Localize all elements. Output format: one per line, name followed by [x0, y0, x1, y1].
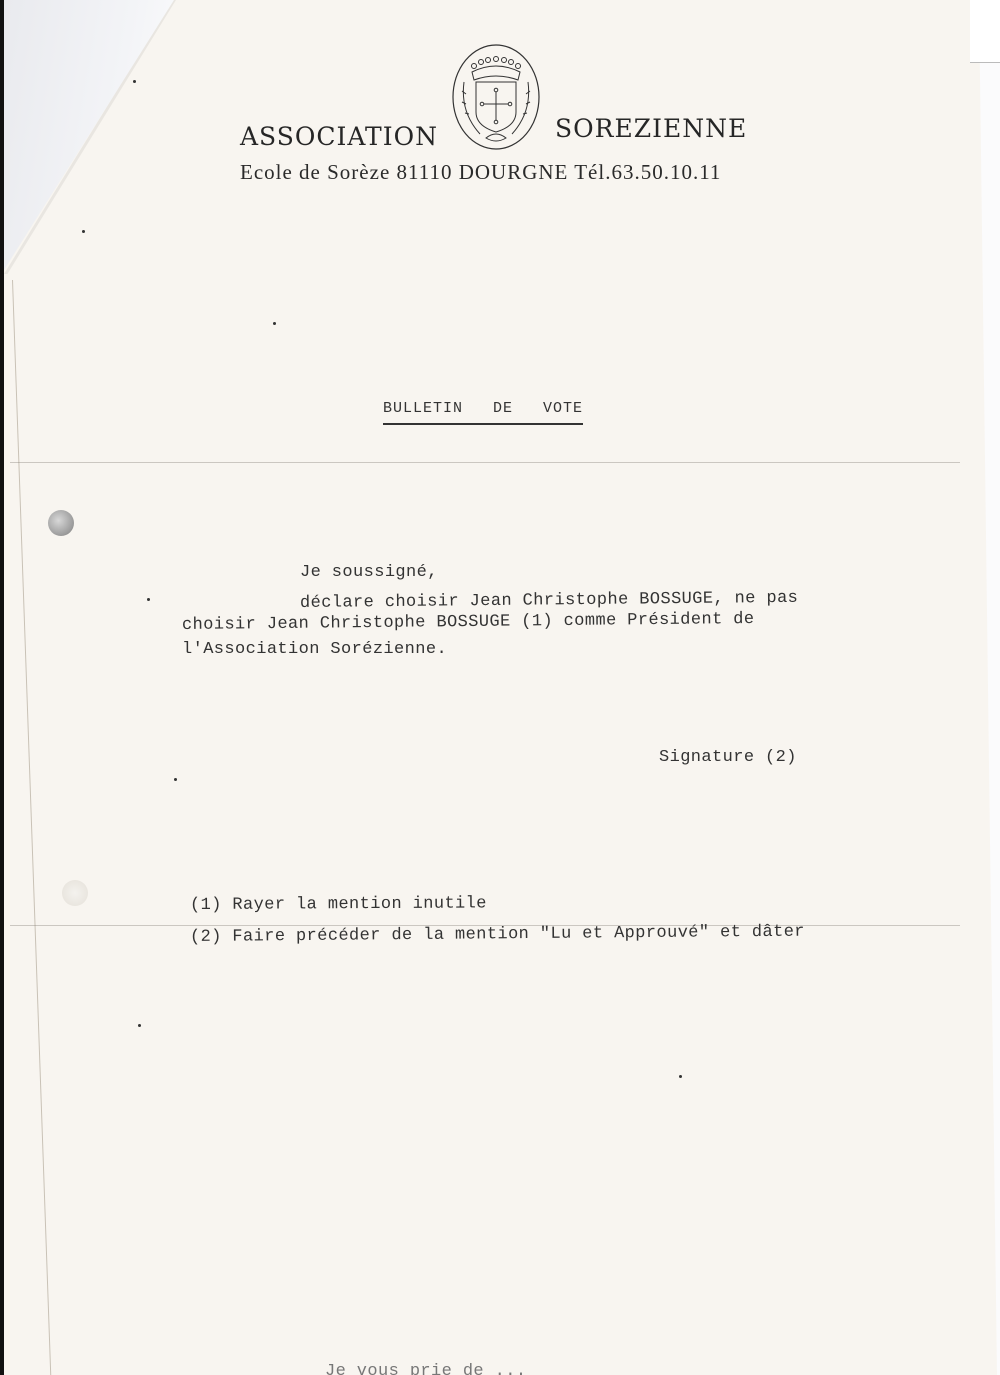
speck — [273, 322, 276, 325]
greeting: Je soussigné, — [300, 563, 438, 582]
association-name-right: SOREZIENNE — [555, 114, 747, 143]
association-name-left: ASSOCIATION — [240, 122, 438, 151]
bleed-through-text: Je vous prie de ... — [325, 1362, 526, 1375]
footnote: (1) Rayer la mention inutile — [190, 894, 487, 915]
document-title: BULLETIN DE VOTE — [383, 400, 583, 425]
punch-hole — [48, 510, 74, 536]
speck — [138, 1024, 141, 1027]
signature-label: Signature (2) — [659, 748, 797, 767]
speck — [147, 598, 150, 601]
speck — [82, 230, 85, 233]
paper-sheet — [4, 0, 1000, 1375]
fold-crease — [10, 462, 960, 463]
body-line: l'Association Sorézienne. — [182, 640, 447, 659]
speck — [174, 778, 177, 781]
speck — [133, 80, 136, 83]
punch-hole-reinforced — [62, 880, 88, 906]
letterhead: ASSOCIATION SOREZIENNE Ecole de Sorèze 8… — [0, 0, 1000, 200]
coat-of-arms-icon — [450, 42, 542, 152]
speck — [679, 1075, 682, 1078]
association-address: Ecole de Sorèze 81110 DOURGNE Tél.63.50.… — [240, 160, 721, 185]
